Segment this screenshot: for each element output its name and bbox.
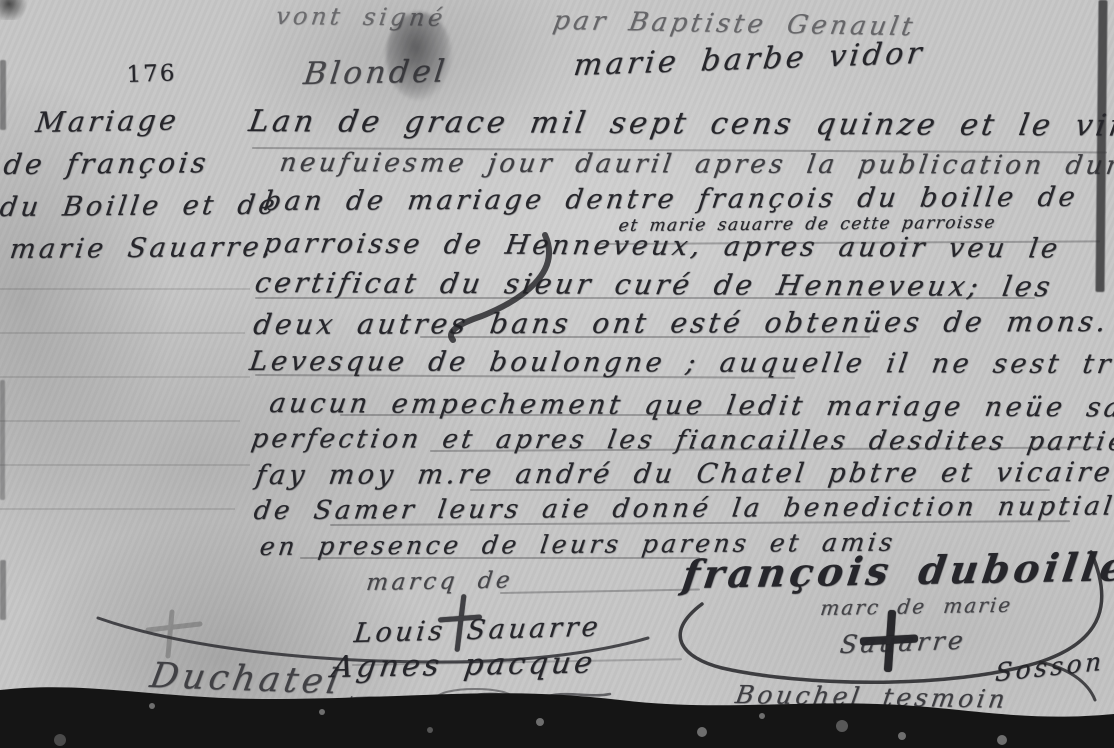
act-body-line: ban de mariage dentre françois du boille… xyxy=(262,182,1080,217)
previous-entry-fragment: vont signé xyxy=(274,2,447,32)
faint-rule xyxy=(0,376,250,378)
act-body-line: parroisse de Henneveux, apres auoir veu … xyxy=(261,228,1062,265)
previous-entry-fragment: par Baptiste Genault xyxy=(551,6,918,42)
signature-blondel: Blondel xyxy=(302,53,450,92)
page-edge-line xyxy=(1095,0,1107,292)
signature-priest: Duchatel xyxy=(147,656,345,702)
signature-witness-agnes: Agnes pacque xyxy=(329,645,598,685)
faint-rule xyxy=(0,420,240,422)
margin-note-line: du Boille et de xyxy=(0,190,280,223)
act-body-line: fay moy m.re andré du Chatel pbtre et vi… xyxy=(254,457,1114,491)
ink-strike xyxy=(255,297,1035,299)
act-body-line: Lan de grace mil sept cens quinze et le … xyxy=(246,104,1114,144)
signature-louis-sauarre: Louis Sauarre xyxy=(352,612,602,650)
ink-strike xyxy=(500,589,700,594)
manuscript-page: vont signé par Baptiste Genault Blondel … xyxy=(0,0,1114,748)
act-body-line: aucun empechement que ledit mariage neüe… xyxy=(267,388,1114,423)
ink-strike xyxy=(470,489,1050,491)
signature-marie-barbe: marie barbe vidor xyxy=(572,36,927,83)
faint-rule xyxy=(0,332,245,334)
left-edge-mark xyxy=(0,560,6,620)
signature-witness-bouchel: Bouchel tesmoin xyxy=(733,680,1010,714)
signature-witness-sosson: Sosson xyxy=(994,647,1105,688)
margin-note-line: marie Sauarre. xyxy=(8,232,276,265)
faint-rule xyxy=(0,288,250,290)
ink-strike xyxy=(420,336,870,338)
entry-number: 176 xyxy=(126,60,177,88)
ink-strike xyxy=(340,414,760,416)
signature-groom: françois duboille xyxy=(680,544,1114,598)
ink-strike xyxy=(300,557,700,559)
priest-title: ptre xyxy=(333,692,382,711)
left-edge-mark xyxy=(0,60,6,130)
act-body-line: perfection et apres les fiancailles desd… xyxy=(249,424,1114,457)
corner-stain xyxy=(0,0,30,20)
mark-label-left: marcq de xyxy=(365,567,515,596)
margin-note-line: de françois xyxy=(2,146,212,181)
signature-bride-name: Sauarre xyxy=(838,626,968,660)
margin-note-line: Mariage xyxy=(34,103,181,139)
left-edge-mark xyxy=(0,380,5,500)
faint-rule xyxy=(0,464,250,466)
act-body-line: neufuiesme jour dauril apres la publicat… xyxy=(278,148,1114,181)
faint-rule xyxy=(0,508,235,510)
